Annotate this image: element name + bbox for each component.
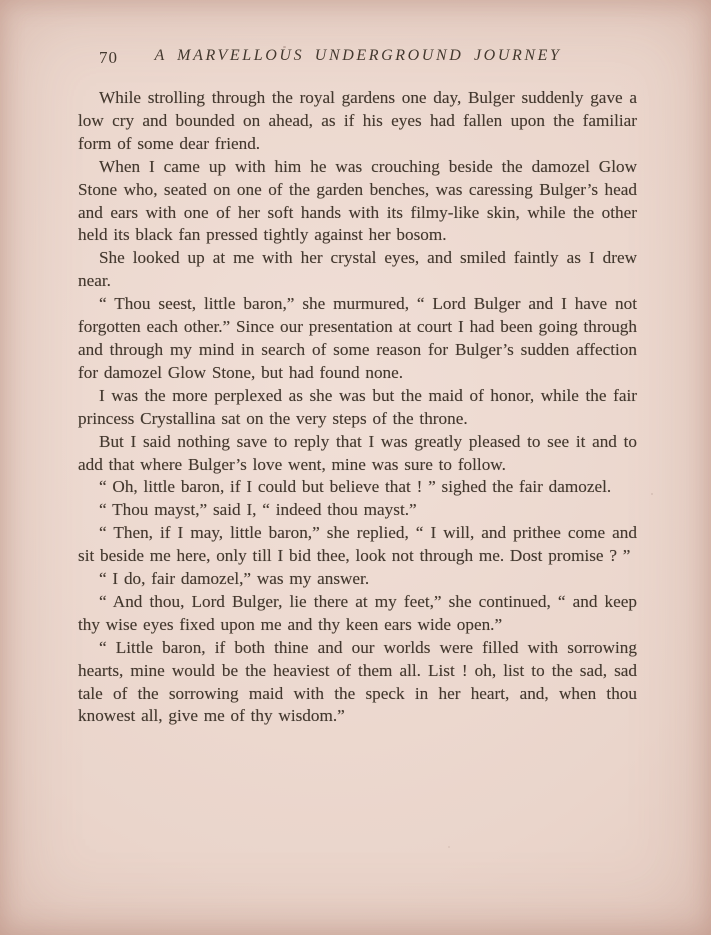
paper-speck <box>448 846 450 848</box>
paragraph: I was the more perplexed as she was but … <box>78 385 637 431</box>
book-page: 70 A MARVELLOUS UNDERGROUND JOURNEY Whil… <box>0 0 711 935</box>
paper-speck <box>651 493 653 495</box>
paragraph: While strolling through the royal garden… <box>78 87 637 156</box>
paragraph: When I came up with him he was crouching… <box>78 156 637 248</box>
paragraph: “ Little baron, if both thine and our wo… <box>78 637 637 729</box>
page-header: 70 A MARVELLOUS UNDERGROUND JOURNEY <box>78 47 638 71</box>
paragraph: “ I do, fair damozel,” was my answer. <box>78 568 637 591</box>
paragraph: “ Thou mayst,” said I, “ indeed thou may… <box>78 499 637 522</box>
paragraph: “ Thou seest, little baron,” she murmure… <box>78 293 637 385</box>
page-number: 70 <box>99 48 118 68</box>
paragraph: “ Oh, little baron, if I could but belie… <box>78 476 637 499</box>
paragraph: “ Then, if I may, little baron,” she rep… <box>78 522 637 568</box>
paragraph: She looked up at me with her crystal eye… <box>78 247 637 293</box>
page-body: While strolling through the royal garden… <box>78 87 637 728</box>
paragraph: “ And thou, Lord Bulger, lie there at my… <box>78 591 637 637</box>
running-title: A MARVELLOUS UNDERGROUND JOURNEY <box>78 47 638 65</box>
paragraph: But I said nothing save to reply that I … <box>78 431 637 477</box>
paper-speck <box>283 46 286 48</box>
